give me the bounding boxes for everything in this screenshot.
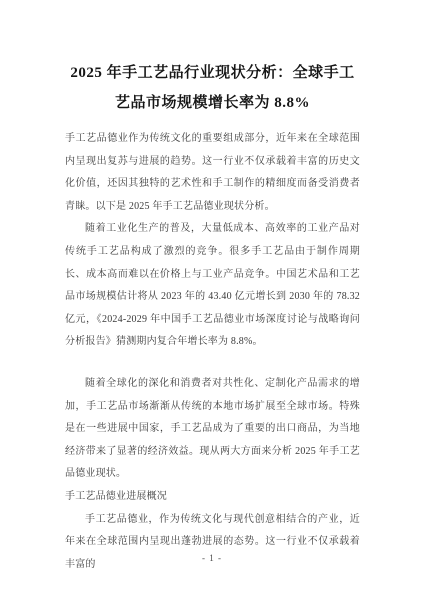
document-title: 2025 年手工艺品行业现状分析：全球手工艺品市场规模增长率为 8.8% [65, 58, 360, 118]
paragraph-intro: 手工艺品德业作为传统文化的重要组成部分，近年来在全球范围内呈现出复苏与进展的趋势… [65, 128, 360, 218]
document-page: 2025 年手工艺品行业现状分析：全球手工艺品市场规模增长率为 8.8% 手工艺… [0, 0, 424, 600]
page-number: - 1 - [0, 553, 424, 563]
paragraph-globalization: 随着全球化的深化和消费者对共性化、定制化产品需求的增加，手工艺品市场渐渐从传统的… [65, 373, 360, 486]
paragraph-industry-overview: 手工艺品德业，作为传统文化与现代创意相结合的产业，近年来在全球范围内呈现出蓬勃进… [65, 509, 360, 577]
section-heading-industry-overview: 手工艺品德业进展概况 [65, 486, 360, 509]
paragraph-market-size: 随着工业化生产的普及，大量低成本、高效率的工业产品对传统手工艺品构成了激烈的竞争… [65, 218, 360, 354]
